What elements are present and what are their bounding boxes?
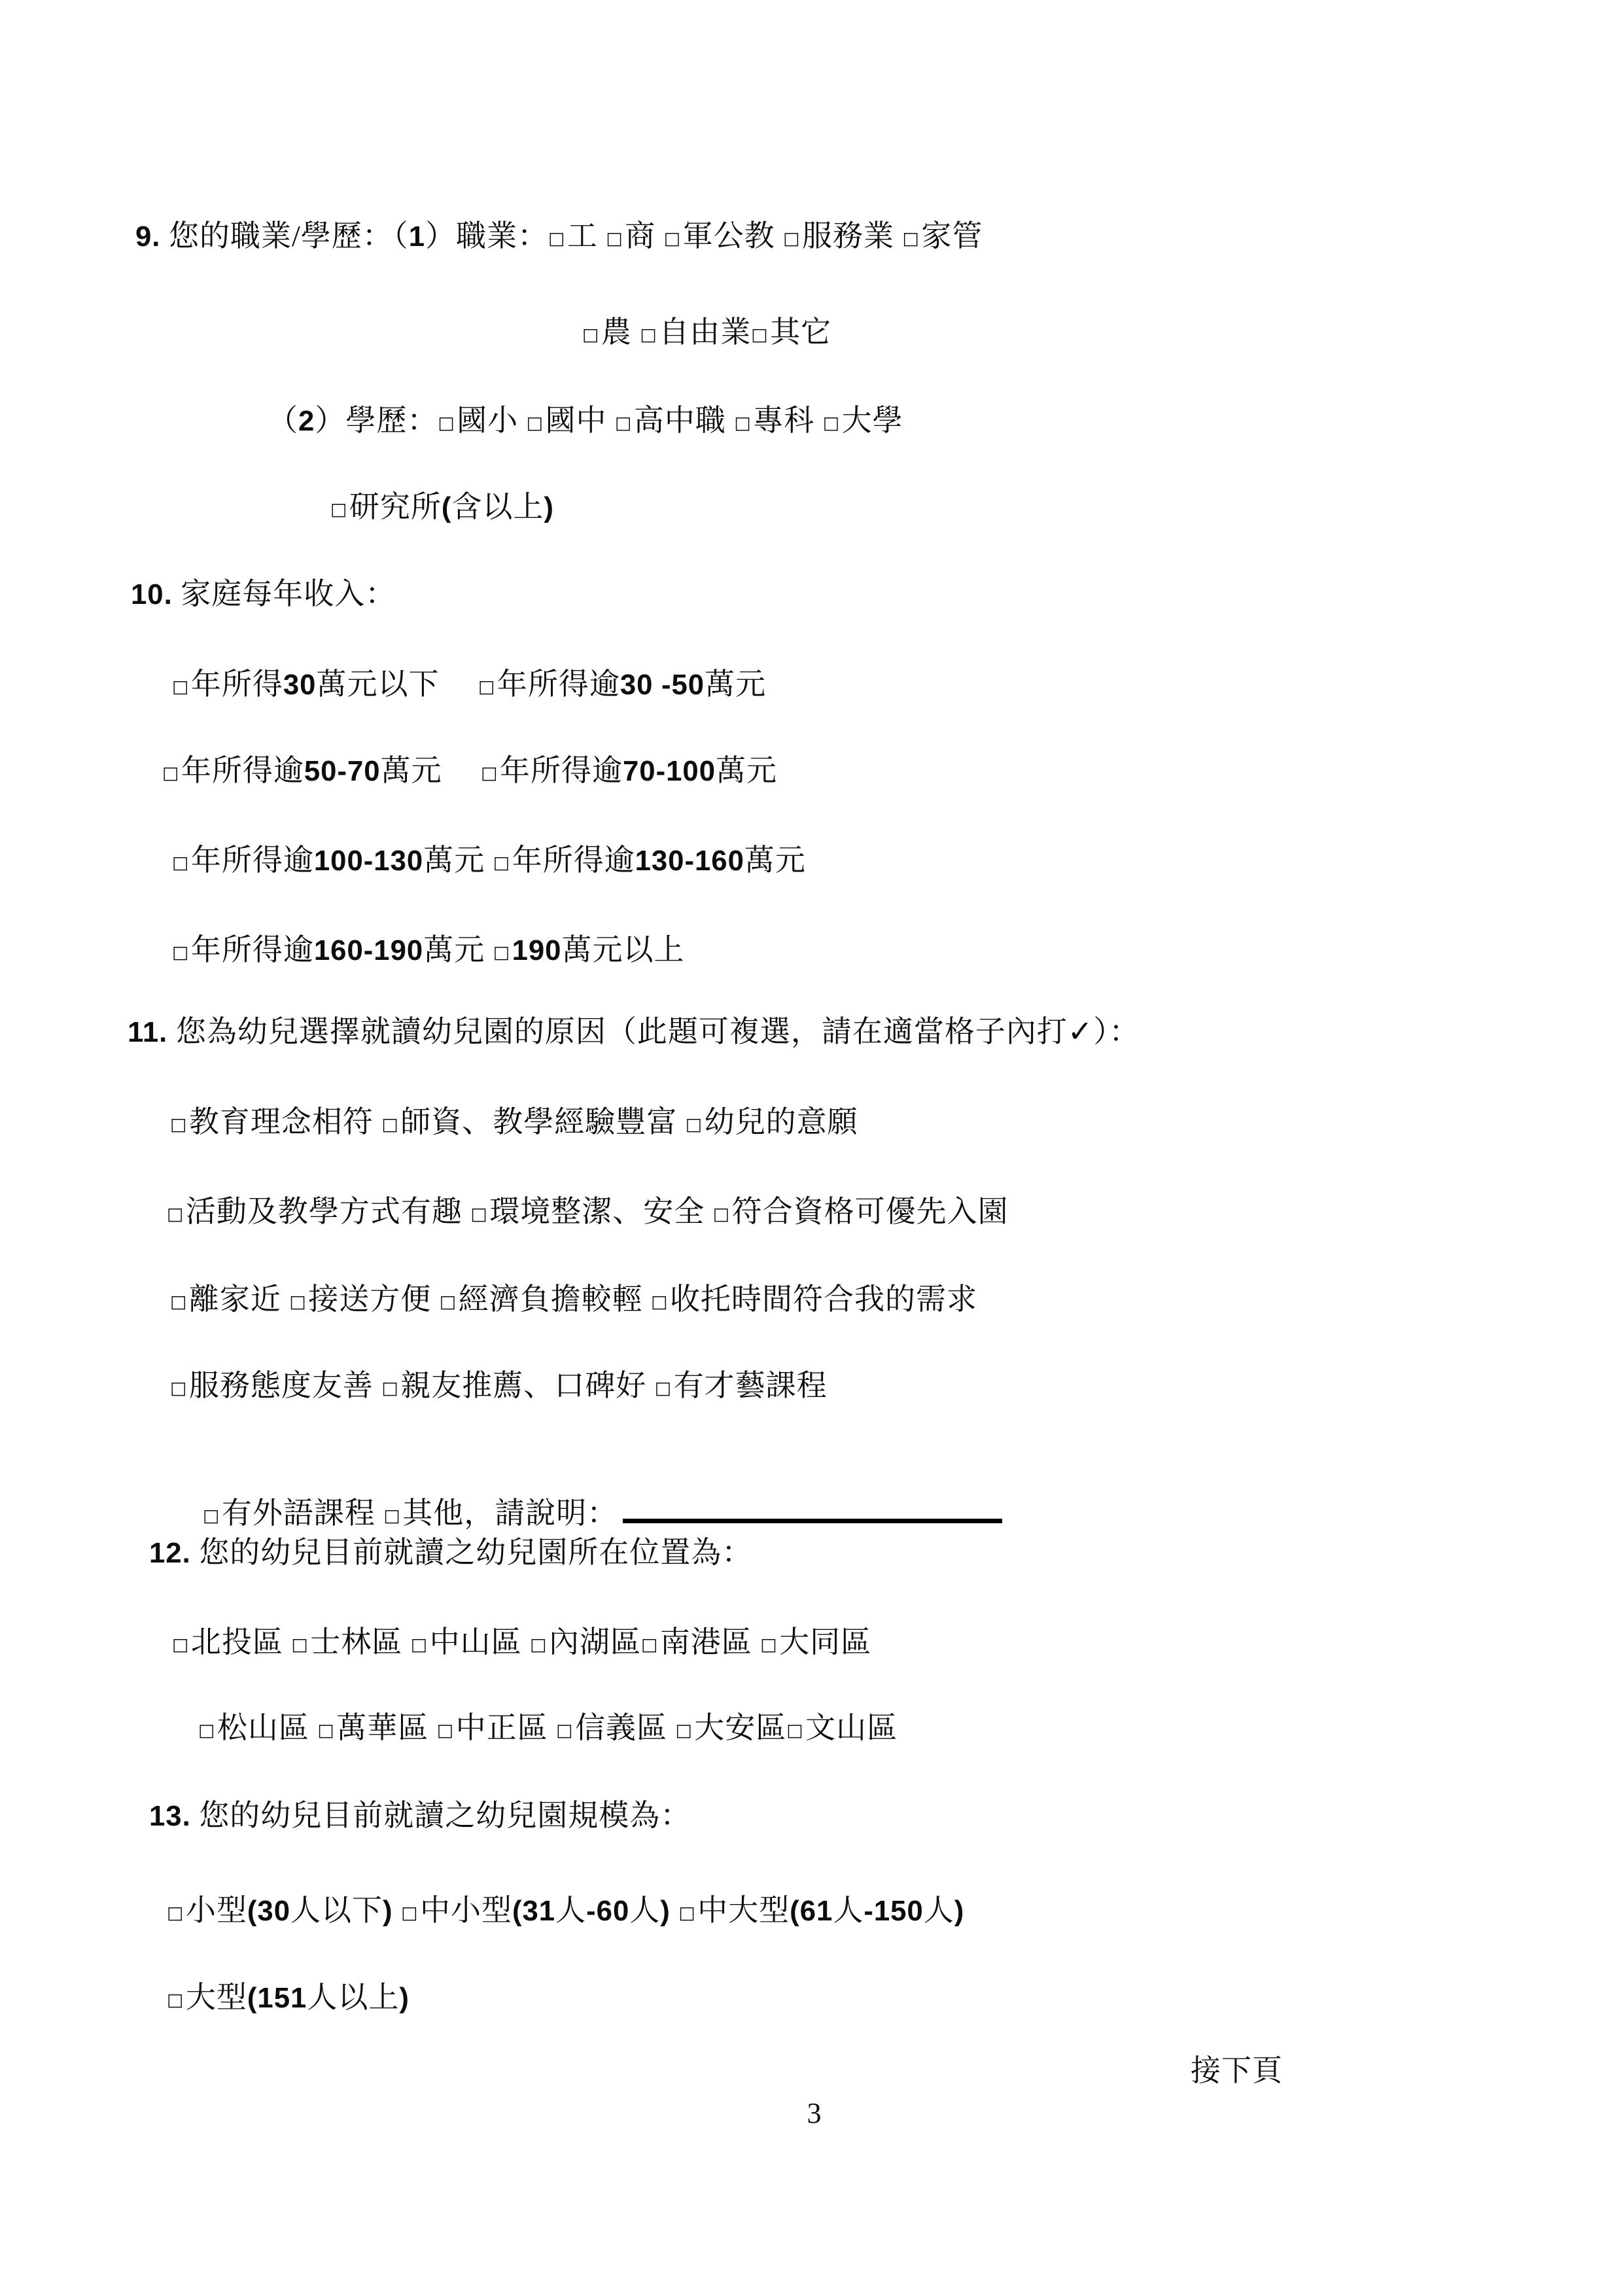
checkbox-icon: □: [760, 1634, 777, 1655]
checkbox-icon: □: [527, 413, 544, 433]
checkbox-icon: □: [291, 1634, 308, 1655]
q11-options-line1: □教育理念相符 □師資、教學經驗豐富 □幼兒的意願: [170, 1105, 858, 1140]
questionnaire-page: 9. 您的職業/學歷：（1）職業：□工 □商 □軍公教 □服務業 □家管 □農 …: [0, 0, 1623, 2296]
q11-options-line2: □活動及教學方式有趣 □環境整潔、安全 □符合資格可優先入園: [167, 1195, 1009, 1229]
checkbox-icon: □: [170, 1378, 187, 1398]
checkbox-icon: □: [686, 1114, 703, 1135]
checkbox-icon: □: [902, 228, 919, 249]
checkbox-icon: □: [582, 325, 599, 345]
q10-title: 10. 家庭每年收入：: [131, 577, 396, 612]
page-number: 3: [775, 2097, 854, 2130]
checkbox-icon: □: [783, 228, 800, 249]
checkbox-icon: □: [401, 1903, 418, 1923]
checkbox-icon: □: [170, 1114, 187, 1135]
q11-options-line3: □離家近 □接送方便 □經濟負擔較輕 □收托時間符合我的需求: [170, 1282, 977, 1317]
check-mark-icon: ✓: [1068, 1014, 1094, 1049]
q9-occupation-line2: □農 □自由業□其它: [582, 315, 831, 350]
checkbox-icon: □: [411, 1634, 428, 1655]
checkbox-icon: □: [317, 1720, 334, 1740]
q9-education-line: （2）學歷：□國小 □國中 □高中職 □專科 □大學: [268, 404, 903, 438]
checkbox-icon: □: [172, 1634, 189, 1655]
checkbox-icon: □: [664, 228, 681, 249]
q13-title: 13. 您的幼兒目前就讀之幼兒園規模為：: [149, 1799, 691, 1833]
other-fill-in-blank: [623, 1492, 1002, 1523]
checkbox-icon: □: [167, 1903, 184, 1923]
checkbox-icon: □: [289, 1292, 306, 1312]
checkbox-icon: □: [548, 228, 565, 249]
q10-options-line3: □年所得逾100-130萬元 □年所得逾130-160萬元: [172, 843, 806, 878]
checkbox-icon: □: [734, 413, 751, 433]
q10-options-line1: □年所得30萬元以下 □年所得逾30 -50萬元: [172, 667, 766, 702]
checkbox-icon: □: [481, 763, 498, 783]
checkbox-icon: □: [381, 1378, 398, 1398]
checkbox-icon: □: [172, 942, 189, 963]
checkbox-icon: □: [493, 942, 510, 963]
q11-options-line4: □服務態度友善 □親友推薦、口碑好 □有才藝課程: [170, 1369, 828, 1404]
checkbox-icon: □: [823, 413, 840, 433]
q13-options-line2: □大型(151人以上): [167, 1981, 410, 2015]
checkbox-icon: □: [641, 1634, 658, 1655]
q11-title: 11. 您為幼兒選擇就讀幼兒園的原因（此題可複選，請在適當格子內打✓）：: [128, 1014, 1140, 1050]
q12-options-line2: □松山區 □萬華區 □中正區 □信義區 □大安區□文山區: [198, 1711, 898, 1746]
checkbox-icon: □: [162, 763, 179, 783]
checkbox-icon: □: [530, 1634, 547, 1655]
checkbox-icon: □: [172, 853, 189, 873]
checkbox-icon: □: [330, 499, 347, 520]
checkbox-icon: □: [675, 1720, 692, 1740]
checkbox-icon: □: [655, 1378, 672, 1398]
checkbox-icon: □: [170, 1292, 187, 1312]
checkbox-icon: □: [167, 1204, 184, 1224]
checkbox-icon: □: [713, 1204, 730, 1224]
checkbox-icon: □: [438, 413, 455, 433]
checkbox-icon: □: [606, 228, 623, 249]
checkbox-icon: □: [172, 677, 189, 697]
q13-options-line1: □小型(30人以下) □中小型(31人-60人) □中大型(61人-150人): [167, 1894, 964, 1928]
checkbox-icon: □: [678, 1903, 695, 1923]
checkbox-icon: □: [470, 1204, 487, 1224]
checkbox-icon: □: [203, 1506, 220, 1526]
checkbox-icon: □: [493, 853, 510, 873]
checkbox-icon: □: [615, 413, 632, 433]
q9-education-line2: □研究所(含以上): [330, 490, 554, 525]
checkbox-icon: □: [478, 677, 495, 697]
q10-options-line2: □年所得逾50-70萬元 □年所得逾70-100萬元: [162, 754, 777, 788]
checkbox-icon: □: [437, 1720, 454, 1740]
checkbox-icon: □: [556, 1720, 573, 1740]
q9-occupation-line: 9. 您的職業/學歷：（1）職業：□工 □商 □軍公教 □服務業 □家管: [135, 219, 983, 254]
checkbox-icon: □: [198, 1720, 215, 1740]
checkbox-icon: □: [640, 325, 657, 345]
q11-other-label: □有外語課程 □其他，請說明：: [203, 1496, 618, 1530]
checkbox-icon: □: [651, 1292, 668, 1312]
q12-title: 12. 您的幼兒目前就讀之幼兒園所在位置為：: [149, 1536, 752, 1570]
checkbox-icon: □: [383, 1506, 400, 1526]
checkbox-icon: □: [381, 1114, 398, 1135]
continuation-note: 接下頁: [1191, 2054, 1283, 2089]
checkbox-icon: □: [786, 1720, 803, 1740]
checkbox-icon: □: [440, 1292, 457, 1312]
q10-options-line4: □年所得逾160-190萬元 □190萬元以上: [172, 933, 684, 968]
checkbox-icon: □: [167, 1990, 184, 2010]
q12-options-line1: □北投區 □士林區 □中山區 □內湖區□南港區 □大同區: [172, 1625, 871, 1660]
checkbox-icon: □: [751, 325, 768, 345]
